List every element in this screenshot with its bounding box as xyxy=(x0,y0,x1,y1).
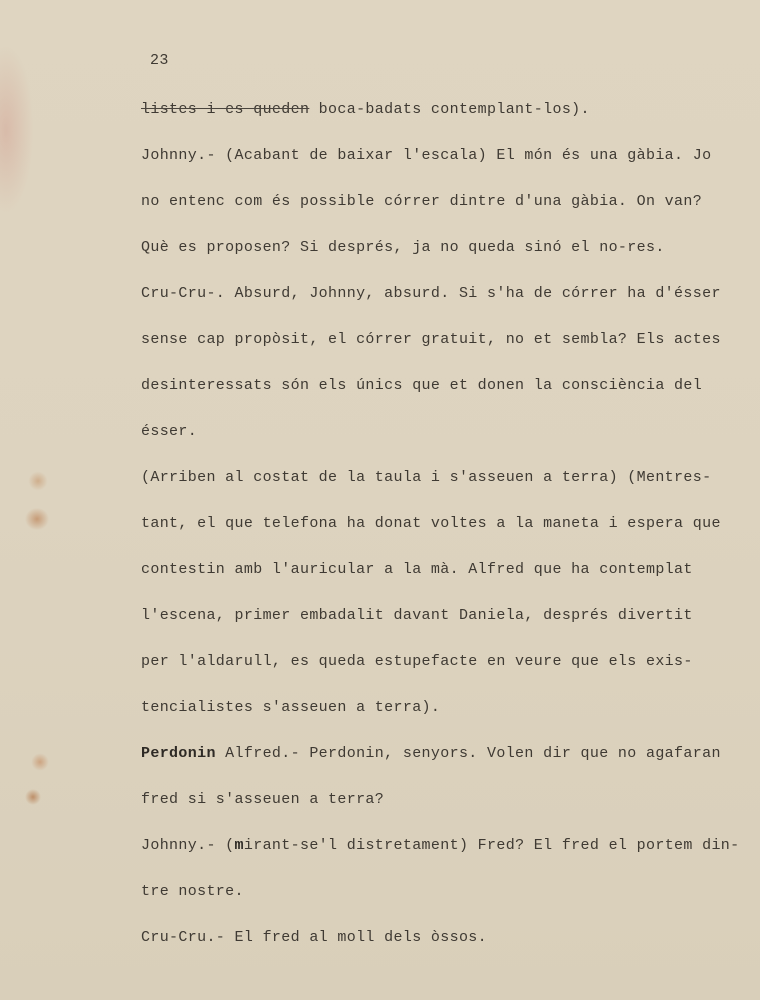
dialogue-line: desinteressats són els únics que et done… xyxy=(141,377,702,394)
line-text: Johnny.- ( xyxy=(141,837,235,854)
dialogue-johnny-1: Johnny.- (Acabant de baixar l'escala) El… xyxy=(141,147,711,164)
stage-direction-line: tencialistes s'asseuen a terra). xyxy=(141,699,440,716)
dialogue-line: fred si s'asseuen a terra? xyxy=(141,791,384,808)
overtyped-text: m xyxy=(235,837,244,854)
dialogue-line: sense cap propòsit, el córrer gratuit, n… xyxy=(141,331,721,348)
dialogue-alfred-1: Perdonin Alfred.- Perdonin, senyors. Vol… xyxy=(141,745,721,762)
stage-direction-line: l'escena, primer embadalit davant Daniel… xyxy=(141,607,693,624)
dialogue-line: Què es proposen? Si després, ja no queda… xyxy=(141,239,665,256)
text-line-continuation: listes i es queden boca-badats contempla… xyxy=(141,101,590,118)
line-text: Alfred.- Perdonin, senyors. Volen dir qu… xyxy=(216,745,721,762)
dialogue-crucru-2: Cru-Cru.- El fred al moll dels òssos. xyxy=(141,929,487,946)
stage-direction-line: per l'aldarull, es queda estupefacte en … xyxy=(141,653,693,670)
typewritten-page: 23 listes i es queden boca-badats contem… xyxy=(0,0,760,1000)
line-text: boca-badats contemplant-los). xyxy=(309,101,590,118)
dialogue-line: no entenc com és possible córrer dintre … xyxy=(141,193,702,210)
stage-direction: (Arriben al costat de la taula i s'asseu… xyxy=(141,469,711,486)
struck-out-text: listes i es queden xyxy=(141,101,309,118)
stage-direction-line: tant, el que telefona ha donat voltes a … xyxy=(141,515,721,532)
stage-direction-line: contestin amb l'auricular a la mà. Alfre… xyxy=(141,561,693,578)
dialogue-line: tre nostre. xyxy=(141,883,244,900)
dialogue-crucru-1: Cru-Cru-. Absurd, Johnny, absurd. Si s'h… xyxy=(141,285,721,302)
overtyped-text: Perdonin xyxy=(141,745,216,762)
line-text: irant-se'l distretament) Fred? El fred e… xyxy=(244,837,740,854)
page-number: 23 xyxy=(150,52,169,69)
dialogue-johnny-2: Johnny.- (mirant-se'l distretament) Fred… xyxy=(141,837,740,854)
dialogue-line: ésser. xyxy=(141,423,197,440)
